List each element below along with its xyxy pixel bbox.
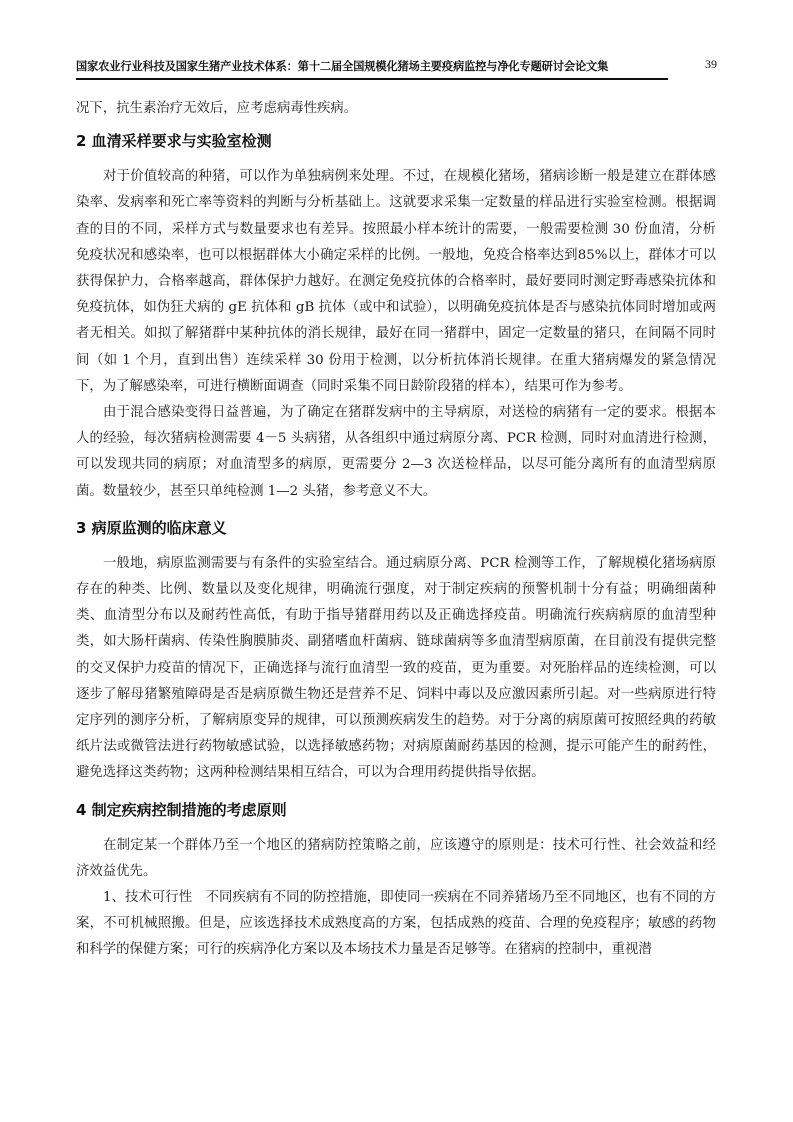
section-4-paragraph-1: 在制定某一个群体乃至一个地区的猪病防控策略之前，应该遵守的原则是：技术可行性、社…: [76, 833, 716, 885]
section-4-paragraph-2: 1、技术可行性 不同疾病有不同的防控措施，即使同一疾病在不同养猪场乃至不同地区，…: [76, 885, 716, 964]
section-3-paragraph-1: 一般地，病原监测需要与有条件的实验室结合。通过病原分离、PCR 检测等工作，了解…: [76, 551, 716, 787]
section-2-paragraph-1: 对于价值较高的种猪，可以作为单独病例来处理。不过，在规模化猪场，猪病诊断一般是建…: [76, 164, 716, 400]
header-rule: [76, 78, 668, 80]
section-heading-3: 3 病原监测的临床意义: [76, 515, 716, 541]
page-number: 39: [705, 57, 717, 72]
section-heading-4: 4 制定疾病控制措施的考虑原则: [76, 797, 716, 823]
section-2-paragraph-2: 由于混合感染变得日益普遍，为了确定在猪群发病中的主导病原，对送检的病猪有一定的要…: [76, 400, 716, 505]
continuation-paragraph: 况下，抗生素治疗无效后，应考虑病毒性疾病。: [76, 96, 716, 122]
running-header: 国家农业行业科技及国家生猪产业技术体系：第十二届全国规模化猪场主要疫病监控与净化…: [76, 58, 668, 74]
page-body: 况下，抗生素治疗无效后，应考虑病毒性疾病。 2 血清采样要求与实验室检测 对于价…: [76, 96, 716, 964]
section-heading-2: 2 血清采样要求与实验室检测: [76, 128, 716, 154]
